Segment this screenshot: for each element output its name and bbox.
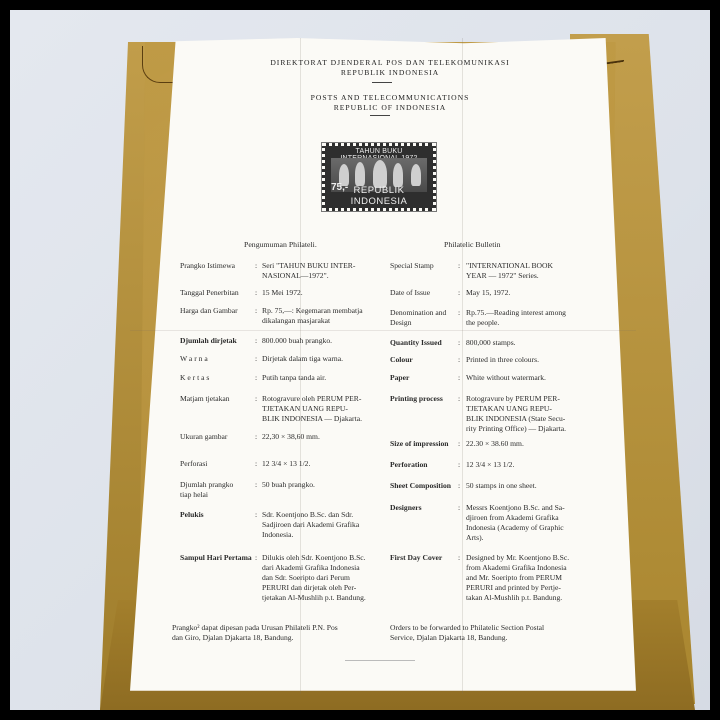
right-row-label: Special Stamp (390, 261, 434, 271)
left-row-label: Djumlah prangko tiap helai (180, 480, 233, 500)
right-row-separator: : (458, 553, 460, 563)
left-row-value: Rp. 75,—: Kegemaran membatja dikalangan … (262, 306, 363, 326)
left-row-label: Sampul Hari Pertama (180, 553, 252, 563)
left-row-separator: : (255, 354, 257, 364)
right-row-value: May 15, 1972. (466, 288, 510, 298)
right-row-label: Denomination and Design (390, 308, 446, 328)
left-column-title: Pengumuman Philateli. (244, 240, 317, 251)
right-row-value: "INTERNATIONAL BOOK YEAR — 1972" Series. (466, 261, 553, 281)
left-row-value: 22,30 × 38,60 mm. (262, 432, 320, 442)
left-row-separator: : (255, 480, 257, 490)
right-row-separator: : (458, 288, 460, 298)
header-directorate: DIREKTORAT DJENDERAL POS DAN TELEKOMUNIK… (260, 58, 520, 68)
left-row-label: Tanggal Penerbitan (180, 288, 239, 298)
right-row-value: 800,000 stamps. (466, 338, 516, 348)
right-row-separator: : (458, 394, 460, 404)
right-row-label: Date of Issue (390, 288, 430, 298)
left-row-label: K e r t a s (180, 373, 209, 383)
left-row-separator: : (255, 288, 257, 298)
right-row-separator: : (458, 338, 460, 348)
right-row-separator: : (458, 355, 460, 365)
left-row-value: Dirjetak dalam tiga warna. (262, 354, 343, 364)
right-row-separator: : (458, 308, 460, 318)
right-column-title: Philatelic Bulletin (444, 240, 501, 251)
header-posts-telecom: POSTS AND TELECOMMUNICATIONS (260, 93, 520, 103)
right-row-separator: : (458, 460, 460, 470)
fold-line (462, 38, 463, 694)
bottom-divider (345, 660, 415, 661)
left-row-label: Prangko Istimewa (180, 261, 235, 271)
right-row-label: First Day Cover (390, 553, 442, 563)
left-row-label: Pelukis (180, 510, 204, 520)
left-row-label: Harga dan Gambar (180, 306, 238, 316)
left-row-value: 800.000 buah prangko. (262, 336, 332, 346)
header-divider (370, 115, 390, 116)
left-row-value: Sdr. Koentjono B.Sc. dan Sdr. Sadjiroen … (262, 510, 359, 540)
left-row-label: W a r n a (180, 354, 208, 364)
right-row-separator: : (458, 261, 460, 271)
stamp-image: TAHUN BUKU INTERNASIONAL 1972 75,- REPUB… (322, 143, 436, 211)
left-row-value: 15 Mei 1972. (262, 288, 303, 298)
left-row-value: 12 3/4 × 13 1/2. (262, 459, 310, 469)
left-row-separator: : (255, 394, 257, 404)
right-row-label: Sheet Composition (390, 481, 451, 491)
right-row-value: Rp.75.—Reading interest among the people… (466, 308, 566, 328)
left-footer: Prangko² dapat dipesan pada Urusan Phila… (172, 623, 338, 643)
left-row-value: Seri "TAHUN BUKU INTER- NASIONAL—1972". (262, 261, 355, 281)
right-row-value: 50 stamps in one sheet. (466, 481, 537, 491)
left-row-label: Matjam tjetakan (180, 394, 230, 404)
right-row-value: Printed in three colours. (466, 355, 539, 365)
right-row-value: Rotogravure by PERUM PER- TJETAKAN UANG … (466, 394, 566, 434)
left-row-value: Dilukis oleh Sdr. Koentjono B.Sc. dari A… (262, 553, 366, 603)
header-republic-en: REPUBLIC OF INDONESIA (260, 103, 520, 113)
left-row-separator: : (255, 553, 257, 563)
right-row-label: Quantity Issued (390, 338, 442, 348)
right-row-label: Colour (390, 355, 413, 365)
stamp-bottom-text: REPUBLIK INDONESIA (327, 185, 431, 207)
right-row-label: Size of impression (390, 439, 449, 449)
left-row-separator: : (255, 261, 257, 271)
left-row-value: 50 buah prangko. (262, 480, 315, 490)
right-row-label: Designers (390, 503, 422, 513)
header-republic-id: REPUBLIK INDONESIA (260, 68, 520, 78)
left-row-value: Putih tanpa tanda air. (262, 373, 326, 383)
right-row-separator: : (458, 439, 460, 449)
right-row-separator: : (458, 373, 460, 383)
left-row-label: Ukuran gambar (180, 432, 227, 442)
left-row-label: Perforasi (180, 459, 207, 469)
right-row-value: White without watermark. (466, 373, 546, 383)
right-row-value: 22.30 × 38.60 mm. (466, 439, 524, 449)
right-row-separator: : (458, 503, 460, 513)
right-row-value: Designed by Mr. Koentjono B.Sc. from Aka… (466, 553, 569, 603)
right-row-value: 12 3/4 × 13 1/2. (466, 460, 514, 470)
left-row-separator: : (255, 306, 257, 316)
right-footer: Orders to be forwarded to Philatelic Sec… (390, 623, 544, 643)
right-row-value: Messrs Koentjono B.Sc. and Sa- djiroen f… (466, 503, 565, 543)
left-row-separator: : (255, 336, 257, 346)
header-divider (372, 82, 392, 83)
left-row-separator: : (255, 432, 257, 442)
right-row-label: Printing process (390, 394, 443, 404)
right-row-label: Paper (390, 373, 409, 383)
left-row-separator: : (255, 510, 257, 520)
left-row-separator: : (255, 459, 257, 469)
left-row-label: Djumlah dirjetak (180, 336, 237, 346)
left-row-value: Rotogravure oleh PERUM PER- TJETAKAN UAN… (262, 394, 362, 424)
envelope-flap-curve (142, 46, 177, 83)
right-row-label: Perforation (390, 460, 428, 470)
left-row-separator: : (255, 373, 257, 383)
fold-line (130, 330, 636, 331)
right-row-separator: : (458, 481, 460, 491)
